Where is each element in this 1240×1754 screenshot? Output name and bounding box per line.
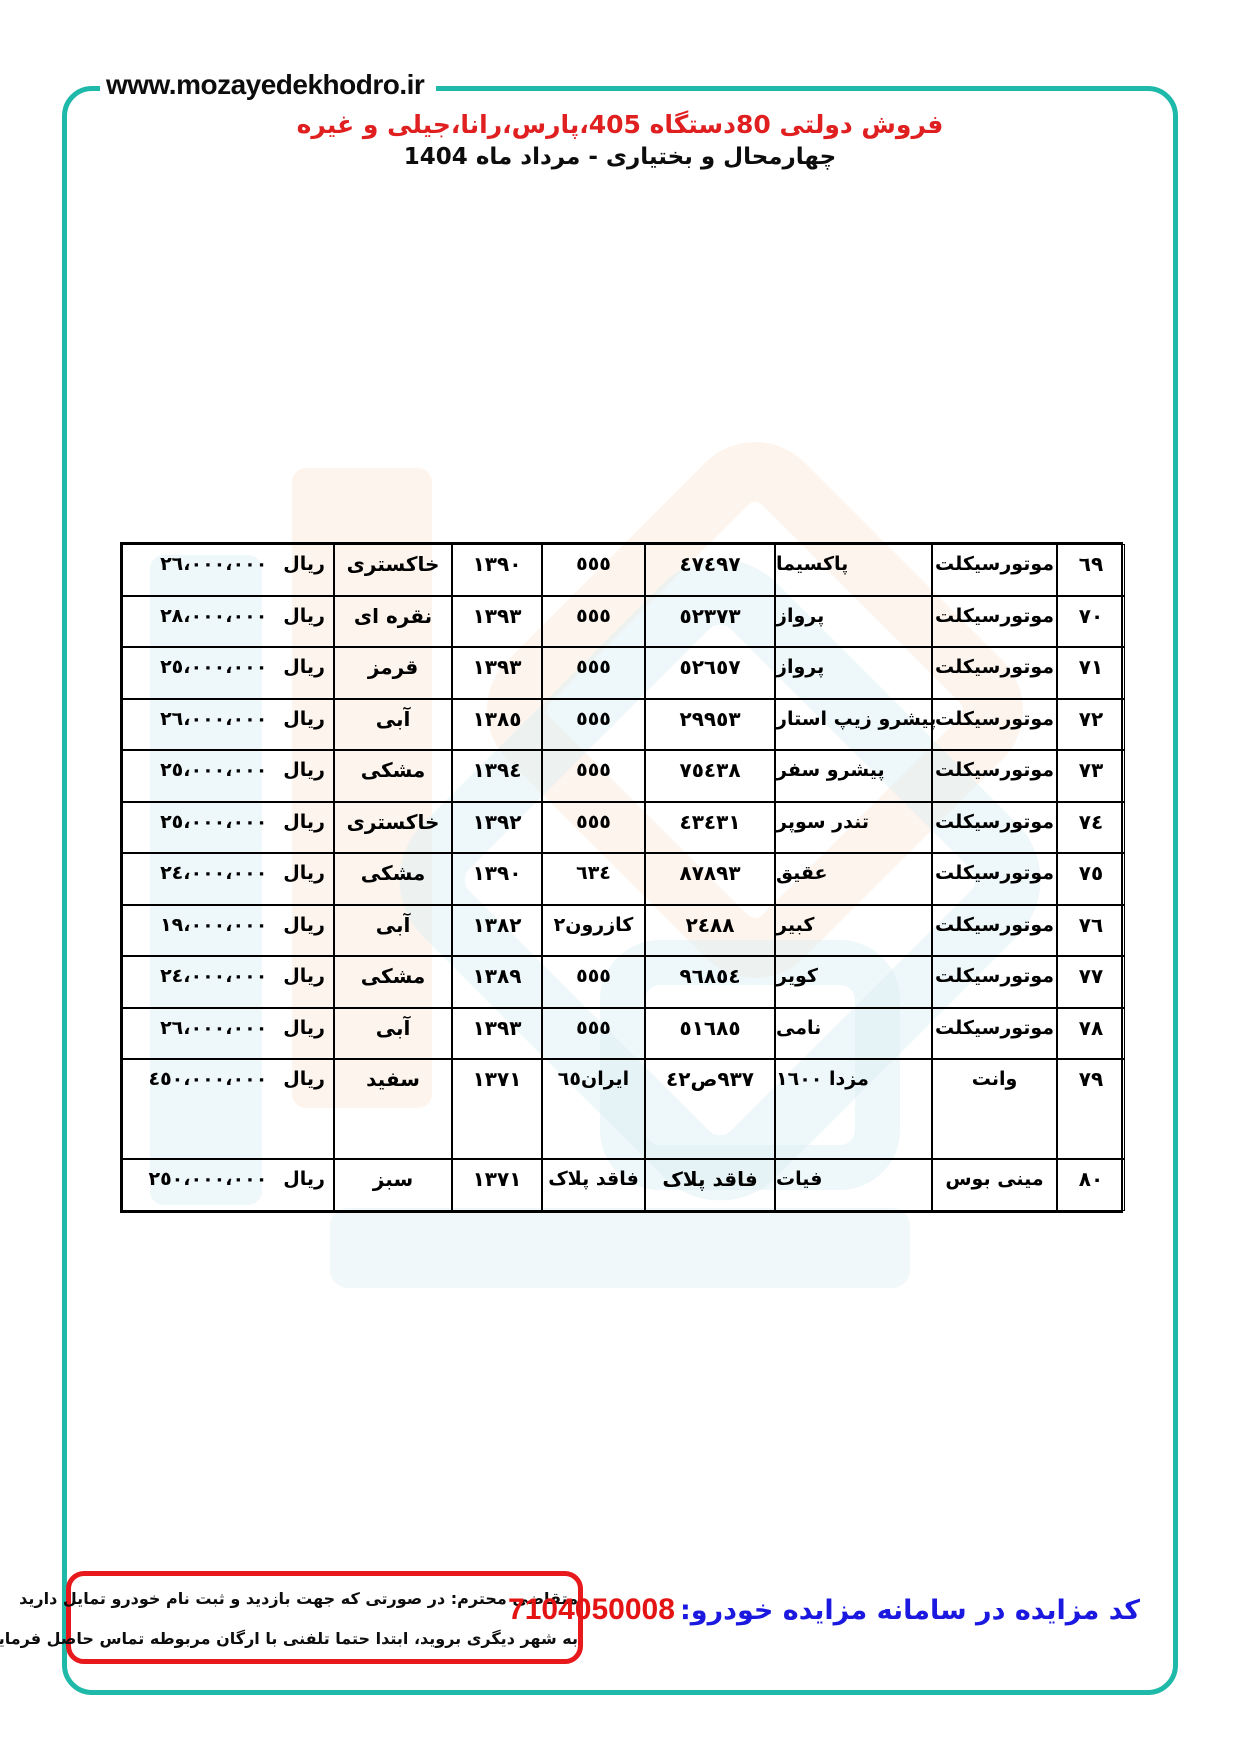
cell-price-row-70: ٢٨،٠٠٠،٠٠٠ریال — [122, 596, 334, 648]
price-amount: ٢٤،٠٠٠،٠٠٠ — [160, 860, 267, 886]
price-unit: ریال — [283, 1066, 325, 1092]
notice-line-1: متقاضی محترم: در صورتی که جهت بازدید و ث… — [71, 1579, 578, 1619]
cell-engine-row-75: ٦٣٤ — [542, 853, 645, 905]
cell-price-row-75: ٢٤،٠٠٠،٠٠٠ریال — [122, 853, 334, 905]
price-amount: ٢٤،٠٠٠،٠٠٠ — [160, 963, 267, 989]
cell-serial-row-78: ٥١٦٨٥ — [645, 1008, 775, 1060]
cell-color-row-72: آبی — [334, 699, 452, 751]
price-amount: ٢٦،٠٠٠،٠٠٠ — [160, 706, 267, 732]
cell-color-row-69: خاکستری — [334, 544, 452, 596]
cell-serial-row-75: ٨٧٨٩٣ — [645, 853, 775, 905]
cell-num-row-74: ٧٤ — [1057, 802, 1125, 854]
cell-num-row-80: ٨٠ — [1057, 1159, 1125, 1211]
cell-year-row-75: ١٣٩٠ — [452, 853, 542, 905]
auction-code-number: 7104050008 — [508, 1593, 675, 1626]
cell-serial-row-70: ٥٢٣٧٣ — [645, 596, 775, 648]
cell-price-row-76: ١٩،٠٠٠،٠٠٠ریال — [122, 905, 334, 957]
cell-type-row-78: موتورسیکلت — [932, 1008, 1057, 1060]
cell-serial-row-71: ٥٢٦٥٧ — [645, 647, 775, 699]
cell-engine-row-77: ٥٥٥ — [542, 956, 645, 1008]
cell-color-row-80: سبز — [334, 1159, 452, 1211]
price-amount: ١٩،٠٠٠،٠٠٠ — [160, 912, 267, 938]
cell-name-row-70: پرواز — [775, 596, 932, 648]
cell-type-row-70: موتورسیکلت — [932, 596, 1057, 648]
price-unit: ریال — [283, 860, 325, 886]
cell-engine-row-78: ٥٥٥ — [542, 1008, 645, 1060]
cell-serial-row-80: فاقد پلاک — [645, 1159, 775, 1211]
notice-line-2: به شهر دیگری بروید، ابتدا حتما تلفنی با … — [71, 1619, 578, 1659]
cell-engine-row-71: ٥٥٥ — [542, 647, 645, 699]
cell-color-row-73: مشکی — [334, 750, 452, 802]
cell-year-row-77: ١٣٨٩ — [452, 956, 542, 1008]
cell-color-row-77: مشکی — [334, 956, 452, 1008]
cell-type-row-77: موتورسیکلت — [932, 956, 1057, 1008]
cell-year-row-76: ١٣٨٢ — [452, 905, 542, 957]
auction-code-line: کد مزایده در سامانه مزایده خودرو: 710405… — [560, 1588, 1140, 1636]
cell-engine-row-70: ٥٥٥ — [542, 596, 645, 648]
cell-color-row-70: نقره ای — [334, 596, 452, 648]
price-unit: ریال — [283, 1015, 325, 1041]
cell-engine-row-76: کازرون٢ — [542, 905, 645, 957]
cell-engine-row-79: ایران٦٥ — [542, 1059, 645, 1159]
auction-code-label: کد مزایده در سامانه مزایده خودرو: — [680, 1595, 1140, 1626]
cell-year-row-71: ١٣٩٣ — [452, 647, 542, 699]
cell-type-row-75: موتورسیکلت — [932, 853, 1057, 905]
cell-color-row-71: قرمز — [334, 647, 452, 699]
price-unit: ریال — [283, 912, 325, 938]
cell-year-row-69: ١٣٩٠ — [452, 544, 542, 596]
cell-type-row-74: موتورسیکلت — [932, 802, 1057, 854]
price-unit: ریال — [283, 706, 325, 732]
price-unit: ریال — [283, 963, 325, 989]
cell-name-row-73: پیشرو سفر — [775, 750, 932, 802]
page-subtitle: چهارمحال و بختیاری - مرداد ماه 1404 — [62, 141, 1178, 174]
cell-color-row-75: مشکی — [334, 853, 452, 905]
cell-price-row-71: ٢٥،٠٠٠،٠٠٠ریال — [122, 647, 334, 699]
cell-num-row-77: ٧٧ — [1057, 956, 1125, 1008]
vehicle-table: ٢٦،٠٠٠،٠٠٠ریالخاکستری١٣٩٠٥٥٥٤٧٤٩٧پاکسیما… — [120, 542, 1123, 1213]
cell-name-row-71: پرواز — [775, 647, 932, 699]
cell-type-row-76: موتورسیکلت — [932, 905, 1057, 957]
cell-serial-row-79: ٩٣٧ص٤٢ — [645, 1059, 775, 1159]
price-unit: ریال — [283, 809, 325, 835]
cell-name-row-74: تندر سوپر — [775, 802, 932, 854]
price-amount: ٢٦،٠٠٠،٠٠٠ — [160, 551, 267, 577]
cell-name-row-72: پیشرو زیپ استار — [775, 699, 932, 751]
cell-serial-row-74: ٤٣٤٣١ — [645, 802, 775, 854]
cell-engine-row-69: ٥٥٥ — [542, 544, 645, 596]
document-titles: فروش دولتی 80دستگاه 405،پارس،رانا،جیلی و… — [62, 108, 1178, 174]
cell-name-row-80: فیات — [775, 1159, 932, 1211]
cell-color-row-76: آبی — [334, 905, 452, 957]
cell-name-row-75: عقیق — [775, 853, 932, 905]
cell-name-row-76: کبیر — [775, 905, 932, 957]
price-amount: ٢٥،٠٠٠،٠٠٠ — [160, 654, 267, 680]
page-title: فروش دولتی 80دستگاه 405،پارس،رانا،جیلی و… — [62, 108, 1178, 141]
cell-price-row-77: ٢٤،٠٠٠،٠٠٠ریال — [122, 956, 334, 1008]
price-amount: ٢٥٠،٠٠٠،٠٠٠ — [148, 1166, 267, 1192]
cell-serial-row-76: ٢٤٨٨ — [645, 905, 775, 957]
price-amount: ٢٦،٠٠٠،٠٠٠ — [160, 1015, 267, 1041]
cell-type-row-69: موتورسیکلت — [932, 544, 1057, 596]
price-amount: ٢٨،٠٠٠،٠٠٠ — [160, 603, 267, 629]
price-unit: ریال — [283, 551, 325, 577]
cell-num-row-69: ٦٩ — [1057, 544, 1125, 596]
price-unit: ریال — [283, 603, 325, 629]
cell-serial-row-69: ٤٧٤٩٧ — [645, 544, 775, 596]
cell-color-row-74: خاکستری — [334, 802, 452, 854]
cell-year-row-74: ١٣٩٢ — [452, 802, 542, 854]
cell-price-row-79: ٤٥٠،٠٠٠،٠٠٠ریال — [122, 1059, 334, 1159]
cell-price-row-74: ٢٥،٠٠٠،٠٠٠ریال — [122, 802, 334, 854]
cell-type-row-80: مینی بوس — [932, 1159, 1057, 1211]
cell-year-row-80: ١٣٧١ — [452, 1159, 542, 1211]
cell-num-row-70: ٧٠ — [1057, 596, 1125, 648]
cell-serial-row-77: ٩٦٨٥٤ — [645, 956, 775, 1008]
cell-color-row-78: آبی — [334, 1008, 452, 1060]
cell-type-row-73: موتورسیکلت — [932, 750, 1057, 802]
cell-serial-row-72: ٢٩٩٥٣ — [645, 699, 775, 751]
cell-name-row-79: مزدا ١٦٠٠ — [775, 1059, 932, 1159]
cell-price-row-69: ٢٦،٠٠٠،٠٠٠ریال — [122, 544, 334, 596]
cell-engine-row-80: فاقد پلاک — [542, 1159, 645, 1211]
cell-num-row-71: ٧١ — [1057, 647, 1125, 699]
cell-engine-row-72: ٥٥٥ — [542, 699, 645, 751]
cell-price-row-72: ٢٦،٠٠٠،٠٠٠ریال — [122, 699, 334, 751]
price-unit: ریال — [283, 757, 325, 783]
cell-year-row-79: ١٣٧١ — [452, 1059, 542, 1159]
price-unit: ریال — [283, 1166, 325, 1192]
cell-serial-row-73: ٧٥٤٣٨ — [645, 750, 775, 802]
cell-name-row-77: کویر — [775, 956, 932, 1008]
cell-engine-row-73: ٥٥٥ — [542, 750, 645, 802]
cell-name-row-78: نامی — [775, 1008, 932, 1060]
notice-box: متقاضی محترم: در صورتی که جهت بازدید و ث… — [66, 1571, 583, 1664]
price-amount: ٢٥،٠٠٠،٠٠٠ — [160, 757, 267, 783]
cell-price-row-78: ٢٦،٠٠٠،٠٠٠ریال — [122, 1008, 334, 1060]
cell-type-row-79: وانت — [932, 1059, 1057, 1159]
cell-num-row-75: ٧٥ — [1057, 853, 1125, 905]
price-amount: ٤٥٠،٠٠٠،٠٠٠ — [148, 1066, 267, 1092]
cell-year-row-72: ١٣٨٥ — [452, 699, 542, 751]
cell-num-row-79: ٧٩ — [1057, 1059, 1125, 1159]
cell-num-row-78: ٧٨ — [1057, 1008, 1125, 1060]
cell-num-row-73: ٧٣ — [1057, 750, 1125, 802]
price-unit: ریال — [283, 654, 325, 680]
cell-year-row-78: ١٣٩٣ — [452, 1008, 542, 1060]
cell-year-row-70: ١٣٩٣ — [452, 596, 542, 648]
cell-engine-row-74: ٥٥٥ — [542, 802, 645, 854]
price-amount: ٢٥،٠٠٠،٠٠٠ — [160, 809, 267, 835]
cell-color-row-79: سفید — [334, 1059, 452, 1159]
cell-num-row-76: ٧٦ — [1057, 905, 1125, 957]
website-url: www.mozayedekhodro.ir — [100, 66, 436, 104]
cell-num-row-72: ٧٢ — [1057, 699, 1125, 751]
cell-type-row-72: موتورسیکلت — [932, 699, 1057, 751]
cell-year-row-73: ١٣٩٤ — [452, 750, 542, 802]
cell-type-row-71: موتورسیکلت — [932, 647, 1057, 699]
cell-name-row-69: پاکسیما — [775, 544, 932, 596]
cell-price-row-80: ٢٥٠،٠٠٠،٠٠٠ریال — [122, 1159, 334, 1211]
cell-price-row-73: ٢٥،٠٠٠،٠٠٠ریال — [122, 750, 334, 802]
